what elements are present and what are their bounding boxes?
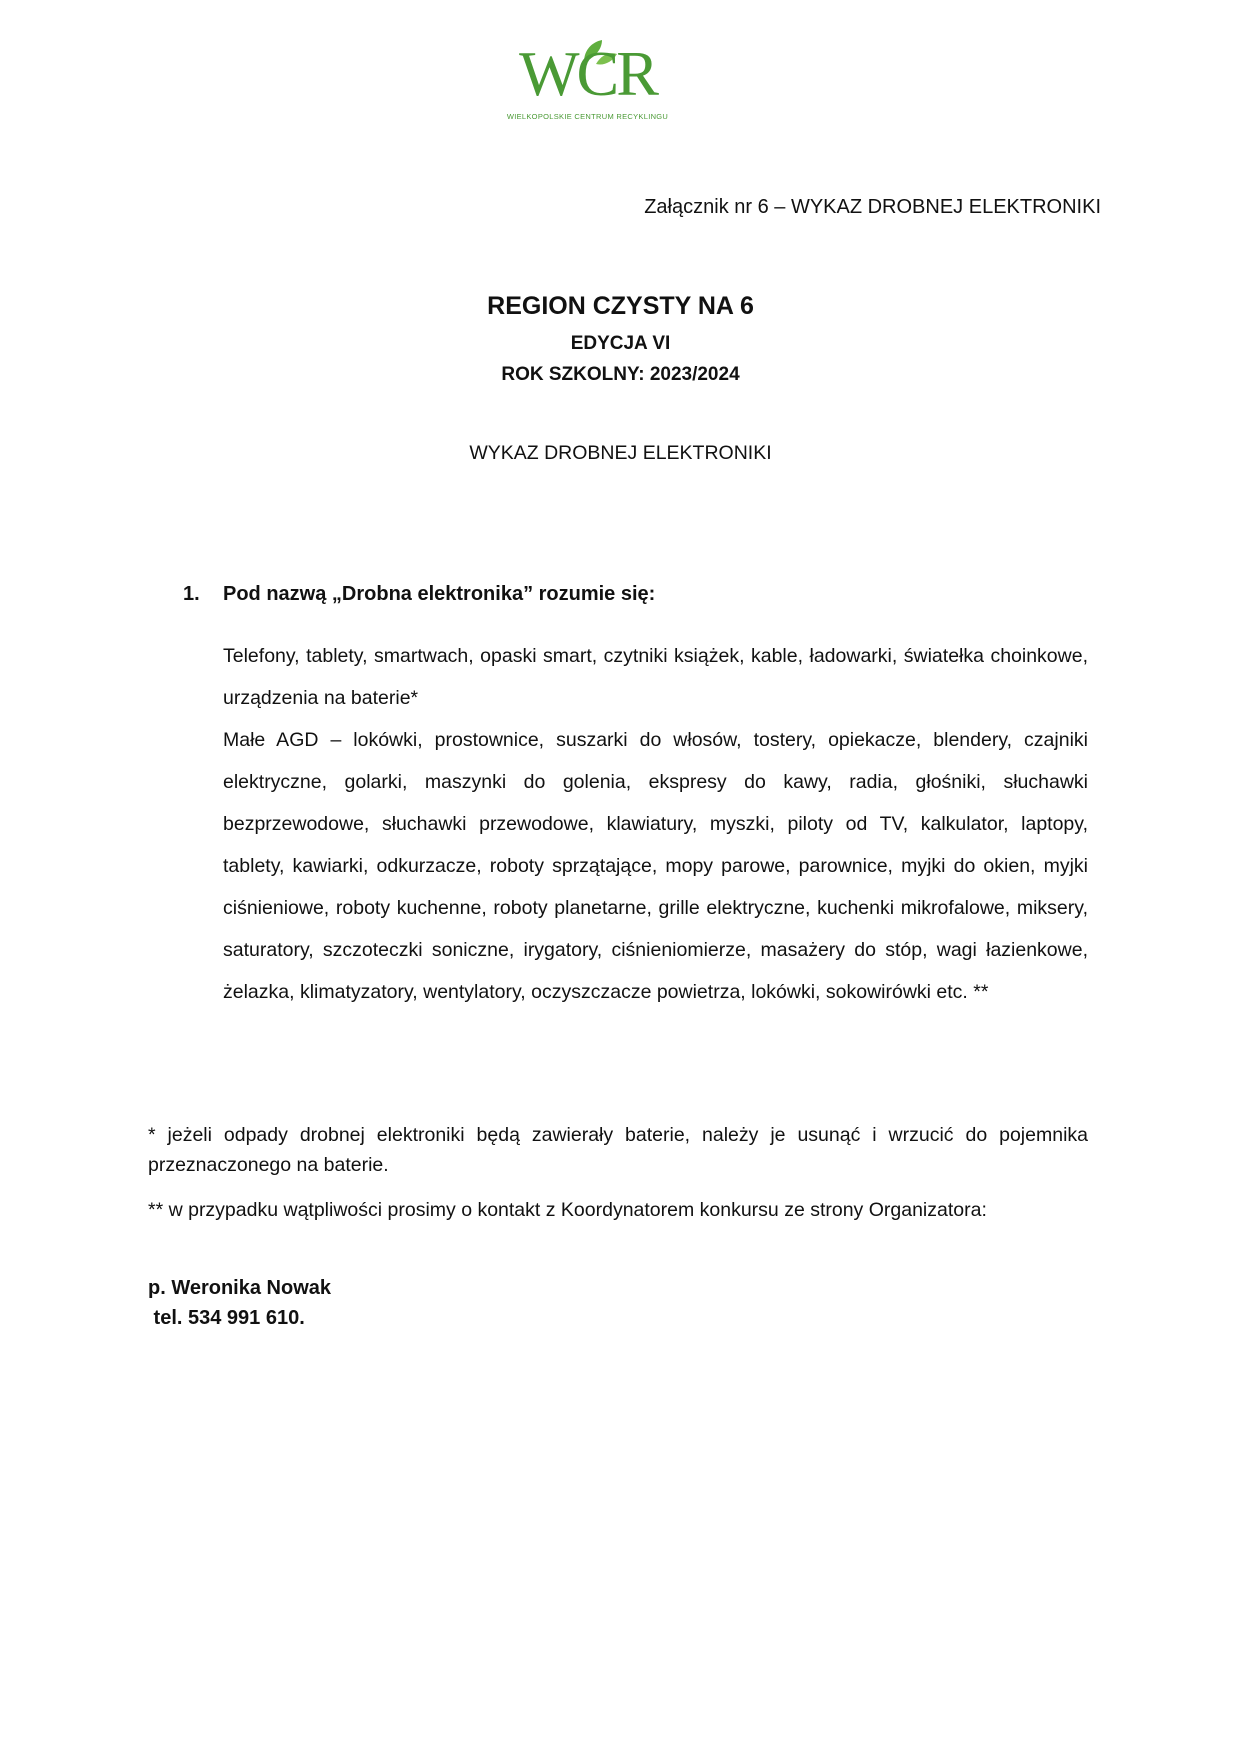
logo-letters: WCR [500, 42, 675, 106]
section-number: 1. [183, 583, 200, 606]
edition-label: EDYCJA VI [0, 333, 1241, 355]
logo-subtitle: WIELKOPOLSKIE CENTRUM RECYKLINGU [500, 112, 675, 121]
footnote-contact: ** w przypadku wątpliwości prosimy o kon… [148, 1195, 1088, 1225]
annex-label: Załącznik nr 6 – WYKAZ DROBNEJ ELEKTRONI… [644, 196, 1101, 219]
document-title: REGION CZYSTY NA 6 [0, 292, 1241, 321]
contact-name: p. Weronika Nowak [148, 1273, 331, 1303]
section-heading: Pod nazwą „Drobna elektronika” rozumie s… [223, 583, 655, 606]
wcr-logo: WCR WIELKOPOLSKIE CENTRUM RECYKLINGU [500, 36, 675, 120]
contact-phone: tel. 534 991 610. [148, 1303, 331, 1333]
paragraph-devices: Telefony, tablety, smartwach, opaski sma… [223, 635, 1088, 719]
section-body: Telefony, tablety, smartwach, opaski sma… [223, 635, 1088, 1013]
footnote-battery: * jeżeli odpady drobnej elektroniki będą… [148, 1120, 1088, 1180]
document-subtitle: WYKAZ DROBNEJ ELEKTRONIKI [0, 442, 1241, 465]
paragraph-small-appliances: Małe AGD – lokówki, prostownice, suszark… [223, 719, 1088, 1013]
contact-block: p. Weronika Nowak tel. 534 991 610. [148, 1273, 331, 1333]
school-year-label: ROK SZKOLNY: 2023/2024 [0, 364, 1241, 386]
